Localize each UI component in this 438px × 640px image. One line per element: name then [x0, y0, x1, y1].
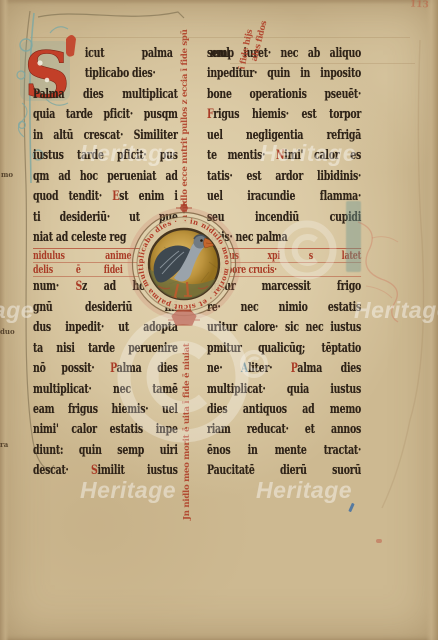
- ruling-line: [30, 37, 410, 38]
- text-line: in altū crescat· Similiter: [33, 126, 178, 146]
- text-line: iustus tarde pficit· pus: [33, 146, 178, 166]
- text-column-right: semp iuret· nec ab aliquoinpeditur· quin…: [207, 44, 421, 482]
- text-line: tiplicabo dies·: [33, 64, 230, 84]
- text-line: icut palma mul: [33, 44, 230, 64]
- text-line: multiplicat· quia iustus: [207, 380, 361, 400]
- text-line: igitur marcessit frigo: [207, 277, 361, 297]
- text-line: quod tendit· Est enim i: [33, 187, 178, 207]
- gutter-rubric-top: īn nidlo ecce nutrit pullos z eccia ī fi…: [180, 0, 190, 224]
- text-line: niat ad celeste reg: [33, 228, 178, 249]
- text-line: nidulus xpi s latet: [207, 249, 361, 263]
- text-line: bone operationis pseuēt·: [207, 85, 361, 105]
- text-line: in arbore crucis·: [207, 263, 361, 277]
- text-line: descat· Similit iustus: [33, 461, 178, 481]
- text-line: quia tarde pficit· pusqm: [33, 105, 178, 125]
- text-line: pmitur qualicūq; tēptatio: [207, 339, 361, 359]
- page-edge-left: [0, 0, 9, 640]
- marginal-note: ra: [0, 440, 8, 449]
- text-line: uel iracundie flamma·: [207, 187, 361, 207]
- pigment-stain: [346, 201, 361, 272]
- text-line: ēnos in mente tractat·: [207, 441, 361, 461]
- text-line: dies antiquos ad memo: [207, 400, 361, 420]
- text-line: tatis· nec palma: [207, 228, 361, 249]
- manuscript-page: S icut palma multiplicabo dies·Palma die…: [0, 0, 438, 640]
- blue-ink-speck: [348, 503, 354, 512]
- text-line: ta nisi tarde peruenire: [33, 339, 178, 359]
- text-line: Paucitatē dierū suorū: [207, 461, 361, 481]
- text-line: eam frigus hiemis· uel: [33, 400, 178, 420]
- text-line: tatis· est ardor libidinis·: [207, 167, 361, 187]
- text-line: inpeditur· quin in inposito: [207, 64, 361, 84]
- text-line: multiplicat· nec tamē: [33, 380, 178, 400]
- marginal-note: duo: [0, 327, 15, 336]
- text-line: Frigus hiemis· est torpor: [207, 105, 361, 125]
- marginal-note: mo: [1, 170, 13, 179]
- text-line: dus inpedit· ut adopta: [33, 318, 178, 338]
- text-line: riam reducat· et annos: [207, 420, 361, 440]
- text-line: diunt: quin semp uiri: [33, 441, 178, 461]
- text-line: Palma dies multiplicat: [33, 85, 178, 105]
- text-line: seu incendiū cupidi: [207, 208, 361, 228]
- folio-number: 113: [410, 0, 429, 10]
- text-line: num· Sz ad hoc re: [33, 277, 178, 297]
- red-ink-speck: [376, 539, 382, 543]
- text-line: te mentis· Nimi' calor es: [207, 146, 361, 166]
- text-line: uritur calore· sic nec iustus: [207, 318, 361, 338]
- page-edge-right: [426, 0, 438, 640]
- text-line: uel negligentia refrigā: [207, 126, 361, 146]
- text-line: semp iuret· nec ab aliquo: [207, 44, 361, 64]
- page-edge-top: [0, 0, 438, 4]
- text-line: ne· Aliter· Palma dies: [207, 359, 361, 379]
- text-line: qm ad hoc perueniat ad: [33, 167, 178, 187]
- text-line: delis ē fidei passioū: [33, 263, 178, 277]
- text-line: gnū desideriū mī: [33, 298, 178, 318]
- text-line: ti desideriū· ut pue: [33, 208, 178, 228]
- text-line: re· nec nimio estatis: [207, 298, 361, 318]
- text-line: nimi' calor estatis inpe: [33, 420, 178, 440]
- gutter-rubric-bottom: Jn nidlo meo morit ē uita ī fide ē niuia…: [182, 332, 192, 520]
- text-line: nō possit· Palma dies: [33, 359, 178, 379]
- text-line: nidulus anime fi: [33, 249, 178, 263]
